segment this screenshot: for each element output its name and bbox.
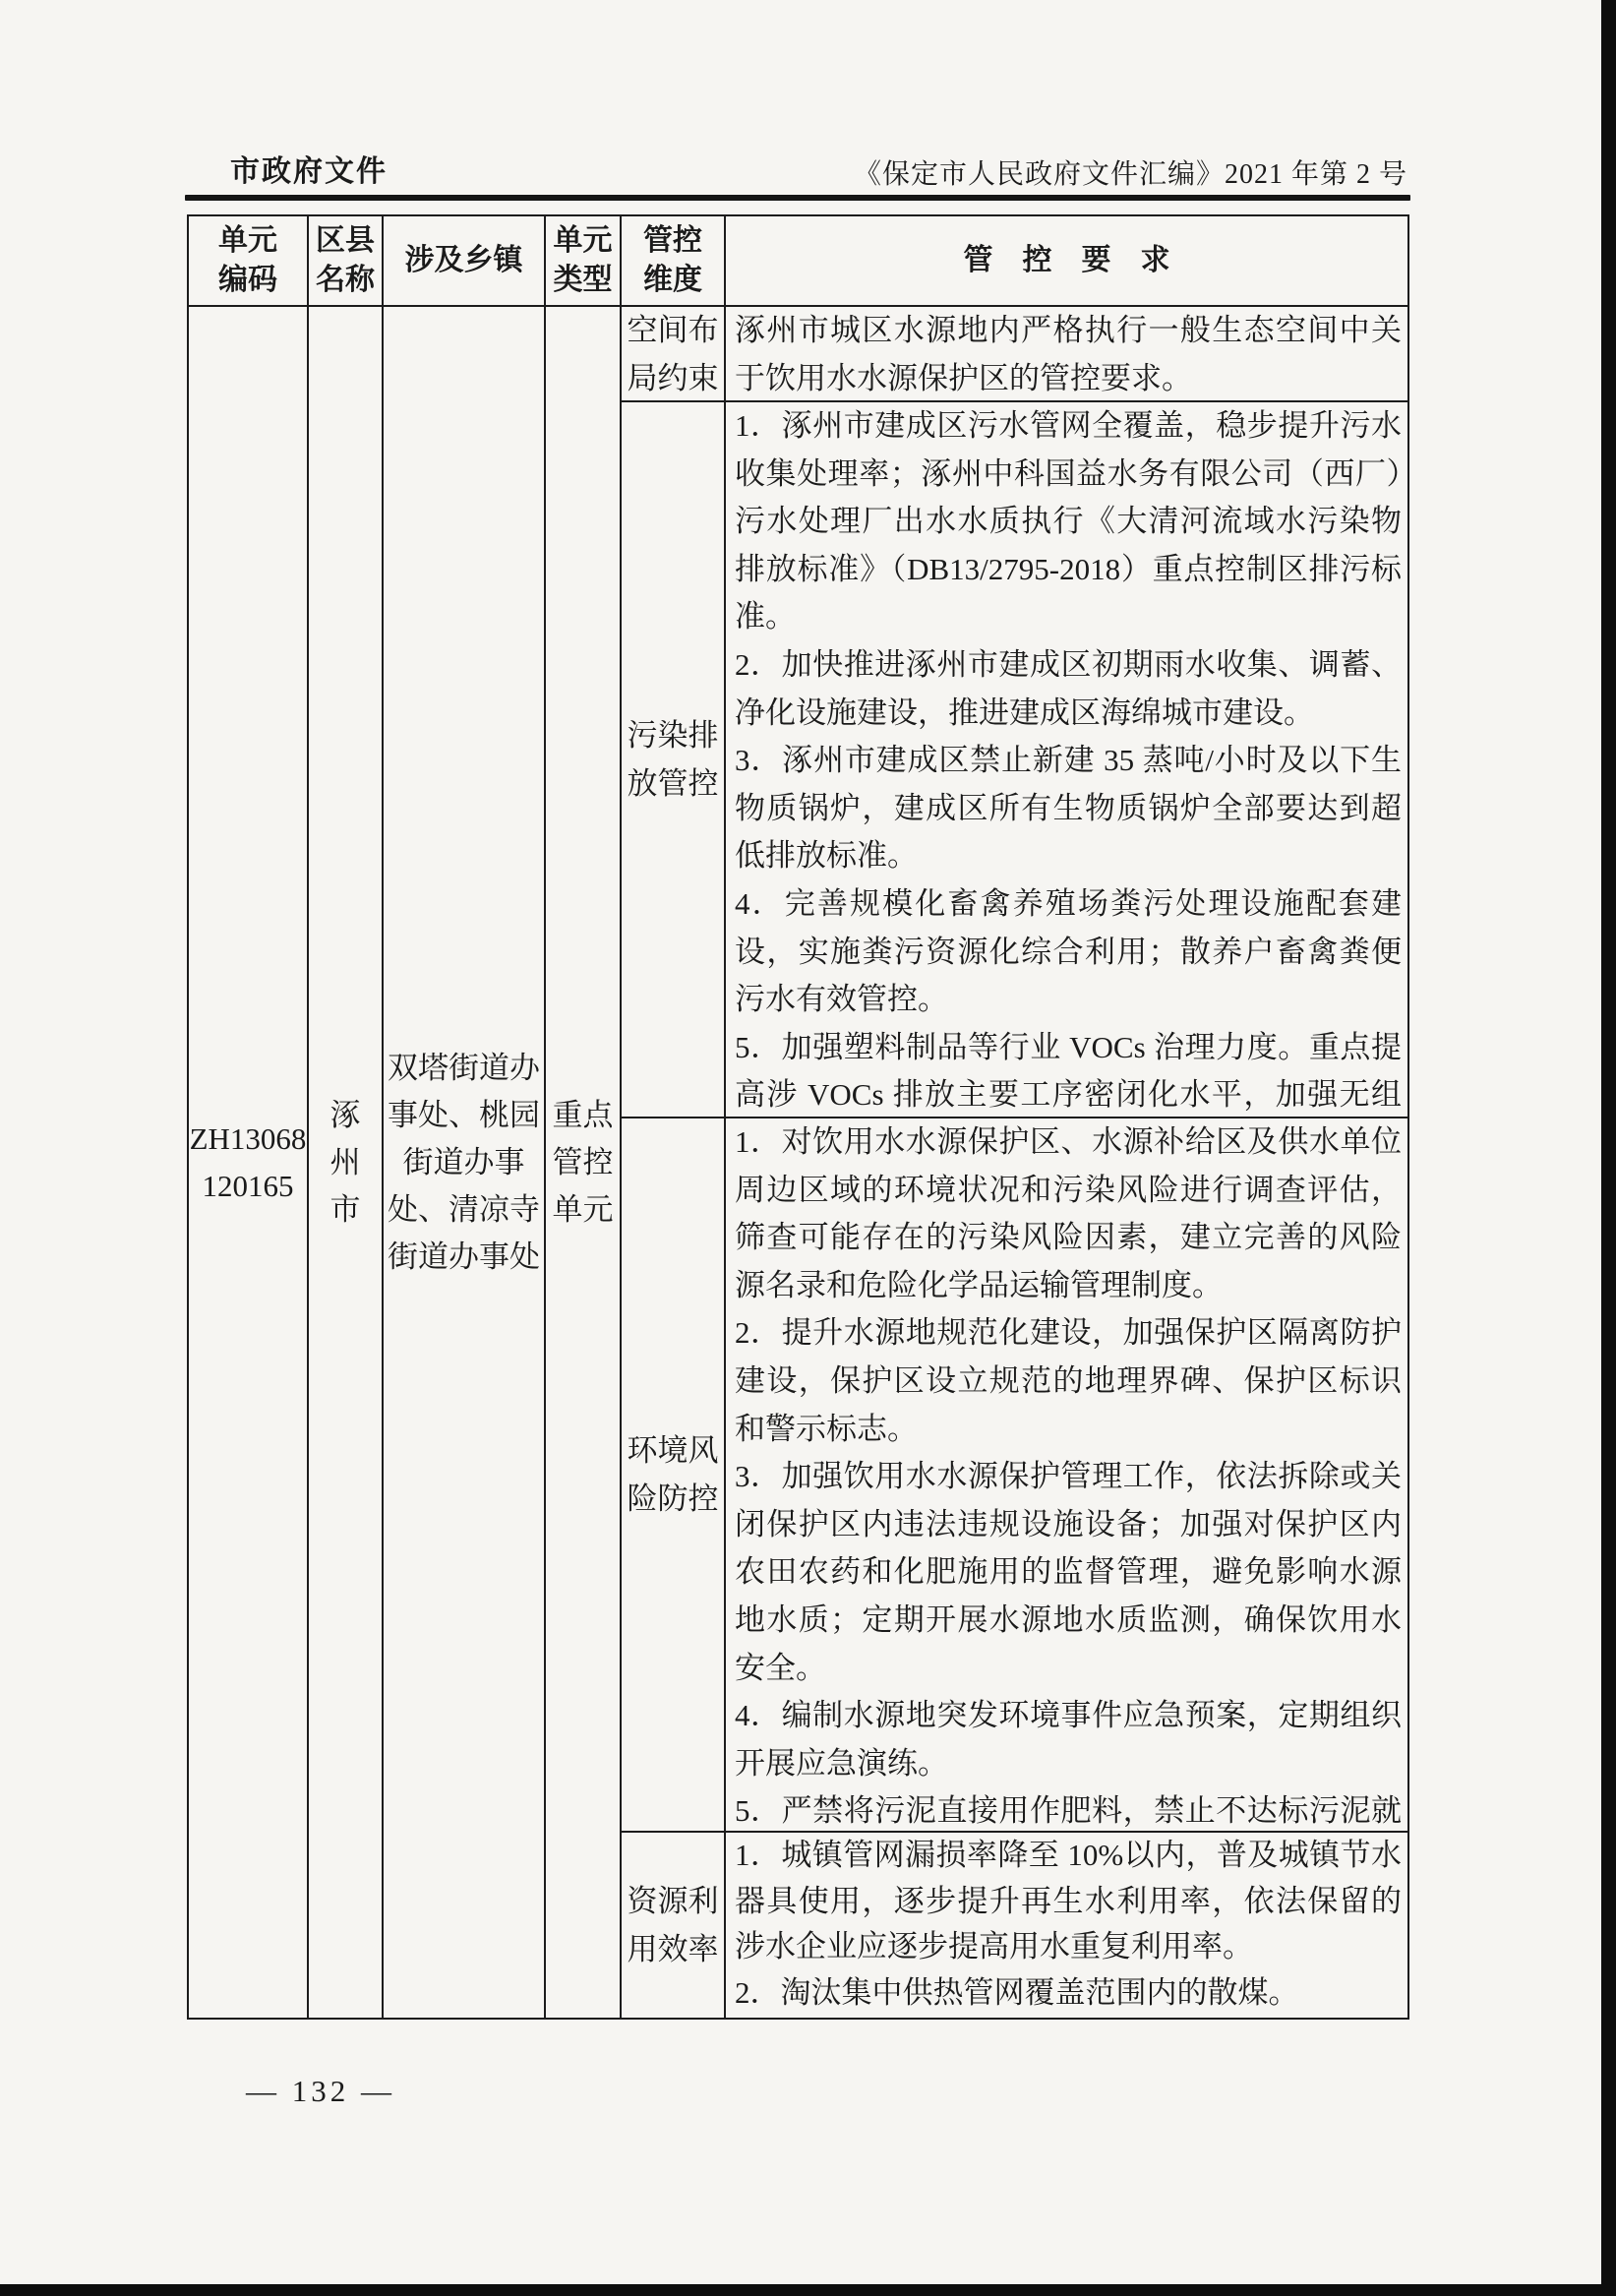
column-header-unit-type: 单元 类型 (546, 216, 622, 305)
cell-requirements-spatial-layout: 涿州市城区水源地内严格执行一般生态空间中关于饮用水水源保护区的管控要求。 (726, 307, 1407, 400)
district-char: 市 (330, 1186, 361, 1234)
requirement-item: 1．涿州市建成区污水管网全覆盖，稳步提升污水收集处理率；涿州中科国益水务有限公司… (735, 402, 1402, 641)
header-doc-category: 市政府文件 (230, 155, 388, 189)
section-environmental-risk: 环境风 险防控 1．对饮用水水源保护区、水源补给区及供水单位周边区域的环境状况和… (622, 1118, 1407, 1833)
unit-type-line: 单元 (553, 1186, 614, 1234)
unit-type-line: 管控 (553, 1139, 614, 1186)
cell-unit-code: ZH13068 120165 (189, 307, 309, 2018)
cell-requirements-environmental-risk: 1．对饮用水水源保护区、水源补给区及供水单位周边区域的环境状况和污染风险进行调查… (726, 1118, 1407, 1831)
header-line: 涉及乡镇 (405, 241, 523, 280)
dimension-line: 险防控 (628, 1475, 719, 1523)
requirement-item: 4．完善规模化畜禽养殖场粪污处理设施配套建设，实施粪污资源化综合利用；散养户畜禽… (735, 880, 1402, 1024)
header-compilation-title: 《保定市人民政府文件汇编》2021 年第 2 号 (854, 159, 1407, 191)
cell-unit-type: 重点 管控 单元 (546, 307, 622, 2018)
page-number: — 132 — (246, 2074, 395, 2109)
header-line: 编码 (218, 261, 277, 300)
requirement-item: 5．严禁将污泥直接用作肥料，禁止不达标污泥就地堆放，结合污泥处理设施升级改造，逐… (735, 1787, 1402, 1831)
requirement-item: 2．加快推进涿州市建成区初期雨水收集、调蓄、净化设施建设，推进建成区海绵城市建设… (735, 641, 1402, 737)
dimension-line: 放管控 (628, 759, 719, 808)
header-line: 维度 (643, 261, 702, 300)
cell-district-name: 涿 州 市 (309, 307, 384, 2018)
dimension-line: 用效率 (628, 1925, 719, 1973)
district-char: 涿 (330, 1092, 361, 1139)
column-header-control-requirements: 管 控 要 求 (726, 216, 1407, 305)
dimension-line: 环境风 (628, 1426, 719, 1475)
cell-dimension-spatial-layout: 空间布 局约束 (622, 307, 726, 400)
section-spatial-layout: 空间布 局约束 涿州市城区水源地内严格执行一般生态空间中关于饮用水水源保护区的管… (622, 307, 1407, 402)
header-line: 管 控 要 求 (964, 241, 1170, 280)
section-pollution-discharge: 污染排 放管控 1．涿州市建成区污水管网全覆盖，稳步提升污水收集处理率；涿州中科… (622, 402, 1407, 1118)
requirement-item: 2．提升水源地规范化建设，加强保护区隔离防护建设，保护区设立规范的地理界碑、保护… (735, 1309, 1402, 1453)
unit-code-line: ZH13068 (190, 1116, 307, 1163)
townships-line: 街道办事 (403, 1139, 525, 1186)
requirement-item: 3．加强饮用水水源保护管理工作，依法拆除或关闭保护区内违法违规设施设备；加强对保… (735, 1453, 1402, 1692)
header-line: 类型 (554, 261, 613, 300)
header-line: 名称 (316, 261, 375, 300)
section-resource-efficiency: 资源利 用效率 1．城镇管网漏损率降至 10%以内，普及城镇节水器具使用，逐步提… (622, 1833, 1407, 2018)
townships-line: 事处、桃园 (388, 1092, 540, 1139)
header-line: 管控 (643, 221, 702, 261)
unit-code-line: 120165 (203, 1163, 294, 1210)
requirement-item: 2．淘汰集中供热管网覆盖范围内的散煤。 (735, 1970, 1402, 2017)
townships-line: 双塔街道办 (388, 1045, 540, 1092)
dimension-requirements-column: 空间布 局约束 涿州市城区水源地内严格执行一般生态空间中关于饮用水水源保护区的管… (622, 307, 1407, 2018)
requirement-item: 1．对饮用水水源保护区、水源补给区及供水单位周边区域的环境状况和污染风险进行调查… (735, 1118, 1402, 1309)
table-header-row: 单元 编码 区县 名称 涉及乡镇 单元 类型 管控 维度 管 控 要 求 (189, 216, 1407, 307)
district-char: 州 (330, 1139, 361, 1186)
dimension-line: 污染排 (628, 711, 719, 759)
header-line: 单元 (218, 221, 277, 261)
requirement-item: 涿州市城区水源地内严格执行一般生态空间中关于饮用水水源保护区的管控要求。 (735, 307, 1402, 400)
table-body: ZH13068 120165 涿 州 市 双塔街道办 事处、桃园 街道办事 处、… (189, 307, 1407, 2018)
header-rule (185, 195, 1410, 201)
column-header-control-dimension: 管控 维度 (622, 216, 726, 305)
requirement-item: 4．编制水源地突发环境事件应急预案，定期组织开展应急演练。 (735, 1692, 1402, 1787)
requirement-item: 3．涿州市建成区禁止新建 35 蒸吨/小时及以下生物质锅炉，建成区所有生物质锅炉… (735, 737, 1402, 880)
cell-dimension-pollution-discharge: 污染排 放管控 (622, 402, 726, 1117)
scan-edge-bottom (0, 2284, 1616, 2296)
cell-requirements-resource-efficiency: 1．城镇管网漏损率降至 10%以内，普及城镇节水器具使用，逐步提升再生水利用率，… (726, 1833, 1407, 2018)
document-page: 市政府文件 《保定市人民政府文件汇编》2021 年第 2 号 单元 编码 区县 … (0, 0, 1616, 2296)
header-line: 单元 (554, 221, 613, 261)
requirement-item: 5．加强塑料制品等行业 VOCs 治理力度。重点提高涉 VOCs 排放主要工序密… (735, 1024, 1402, 1117)
unit-type-line: 重点 (553, 1092, 614, 1139)
townships-line: 处、清凉寺 (388, 1186, 540, 1234)
townships-line: 街道办事处 (388, 1234, 540, 1281)
cell-requirements-pollution-discharge: 1．涿州市建成区污水管网全覆盖，稳步提升污水收集处理率；涿州中科国益水务有限公司… (726, 402, 1407, 1117)
column-header-unit-code: 单元 编码 (189, 216, 309, 305)
cell-dimension-resource-efficiency: 资源利 用效率 (622, 1833, 726, 2018)
dimension-line: 局约束 (628, 354, 719, 402)
cell-dimension-environmental-risk: 环境风 险防控 (622, 1118, 726, 1831)
column-header-townships: 涉及乡镇 (384, 216, 546, 305)
column-header-district-name: 区县 名称 (309, 216, 384, 305)
dimension-line: 空间布 (628, 306, 719, 354)
scan-edge-right (1601, 0, 1616, 2296)
dimension-line: 资源利 (628, 1877, 719, 1925)
cell-townships: 双塔街道办 事处、桃园 街道办事 处、清凉寺 街道办事处 (384, 307, 546, 2018)
control-requirements-table: 单元 编码 区县 名称 涉及乡镇 单元 类型 管控 维度 管 控 要 求 (187, 214, 1409, 2020)
requirement-item: 1．城镇管网漏损率降至 10%以内，普及城镇节水器具使用，逐步提升再生水利用率，… (735, 1833, 1402, 1970)
header-line: 区县 (316, 221, 375, 261)
